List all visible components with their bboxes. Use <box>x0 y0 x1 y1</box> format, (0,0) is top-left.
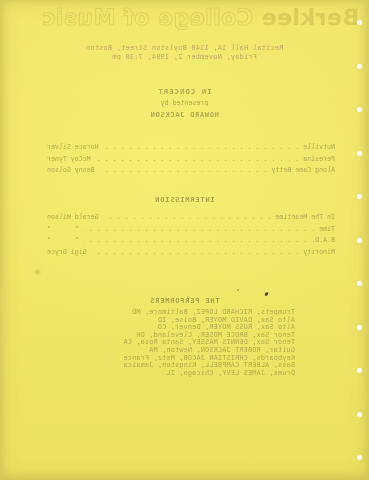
program-row: In The Meantime . . . . . . . . . . . . … <box>47 213 335 221</box>
faint-dot <box>237 289 239 291</box>
song-title: Peresina <box>303 155 335 163</box>
song-title: B.A.D. <box>311 236 335 244</box>
event-address-block: Recital Hall 1A, 1140 Boylston Street, B… <box>0 44 369 62</box>
dot-leader: . . . . . . . . . . . . . . . . . . . . … <box>103 143 300 151</box>
punch-hole <box>357 368 362 373</box>
program-row: Nutville . . . . . . . . . . . . . . . .… <box>47 143 335 151</box>
concert-title-block: IN CONCERT presented by HOWARD JACKSON <box>0 87 369 119</box>
program-section-second: In The Meantime . . . . . . . . . . . . … <box>47 213 335 259</box>
punch-hole <box>357 455 362 460</box>
presented-by-label: presented by <box>0 99 369 107</box>
punch-hole <box>357 64 362 69</box>
intermission-heading: INTERMISSION <box>0 196 369 204</box>
paper-smudge <box>35 270 40 274</box>
logo-text-berklee: Berklee <box>261 6 359 31</box>
logo-text-college-of-music: College of Music <box>42 6 261 31</box>
punch-hole <box>357 107 362 112</box>
punch-hole <box>357 151 362 156</box>
concert-title: IN CONCERT <box>0 87 369 96</box>
venue-line: Recital Hall 1A, 1140 Boylston Street, B… <box>0 44 369 53</box>
dot-leader: . . . . . . . . . . . . . . . . . . . . … <box>99 166 268 174</box>
dot-leader: . . . . . . . . . . . . . . . . . . . . … <box>83 236 307 244</box>
performer-name: HOWARD JACKSON <box>0 110 369 119</box>
punch-hole <box>357 194 362 199</box>
date-line: Friday, November 2, 1984, 7:30 pm <box>0 53 369 62</box>
program-row: Time . . . . . . . . . . . . . . . . . .… <box>47 225 335 233</box>
song-title: Time <box>319 225 335 233</box>
song-title: Minority <box>303 248 335 256</box>
dot-leader: . . . . . . . . . . . . . . . . . . . . … <box>103 213 272 221</box>
ditto-marks: " " <box>47 225 79 233</box>
composer-credit: Gigi Gryce <box>47 248 87 256</box>
bleed-through-content: Berklee College of Music Recital Hall 1A… <box>0 0 369 480</box>
composer-credit: Benny Golson <box>47 166 95 174</box>
composer-credit: Horace Silver <box>47 143 99 151</box>
performers-heading: THE PERFORMERS <box>0 297 369 305</box>
composer-credit: Gerald Wilson <box>47 213 99 221</box>
performer-line: Drums, JAMES LEVY, Chicago, IL <box>123 370 295 378</box>
punch-hole <box>357 412 362 417</box>
program-row: B.A.D. . . . . . . . . . . . . . . . . .… <box>47 236 335 244</box>
dot-leader: . . . . . . . . . . . . . . . . . . . . … <box>83 225 315 233</box>
performers-list: Trumpets, RICHARD LOPEZ, Baltimore, MD A… <box>123 309 295 377</box>
program-row: Along Came Betty . . . . . . . . . . . .… <box>47 166 335 174</box>
program-section-first: Nutville . . . . . . . . . . . . . . . .… <box>47 143 335 178</box>
scanned-program-page: Berklee College of Music Recital Hall 1A… <box>0 0 369 480</box>
punch-hole <box>357 281 362 286</box>
punch-hole <box>357 20 362 25</box>
punch-hole <box>357 325 362 330</box>
punch-hole <box>357 238 362 243</box>
ditto-marks: " " <box>47 236 79 244</box>
song-title: Nutville <box>303 143 335 151</box>
dot-leader: . . . . . . . . . . . . . . . . . . . . … <box>95 155 300 163</box>
composer-credit: McCoy Tyner <box>47 155 91 163</box>
program-row: Peresina . . . . . . . . . . . . . . . .… <box>47 155 335 163</box>
song-title: In The Meantime <box>275 213 335 221</box>
berklee-logo: Berklee College of Music <box>16 6 369 31</box>
dot-leader: . . . . . . . . . . . . . . . . . . . . … <box>91 248 300 256</box>
song-title: Along Came Betty <box>271 166 335 174</box>
program-row: Minority . . . . . . . . . . . . . . . .… <box>47 248 335 256</box>
